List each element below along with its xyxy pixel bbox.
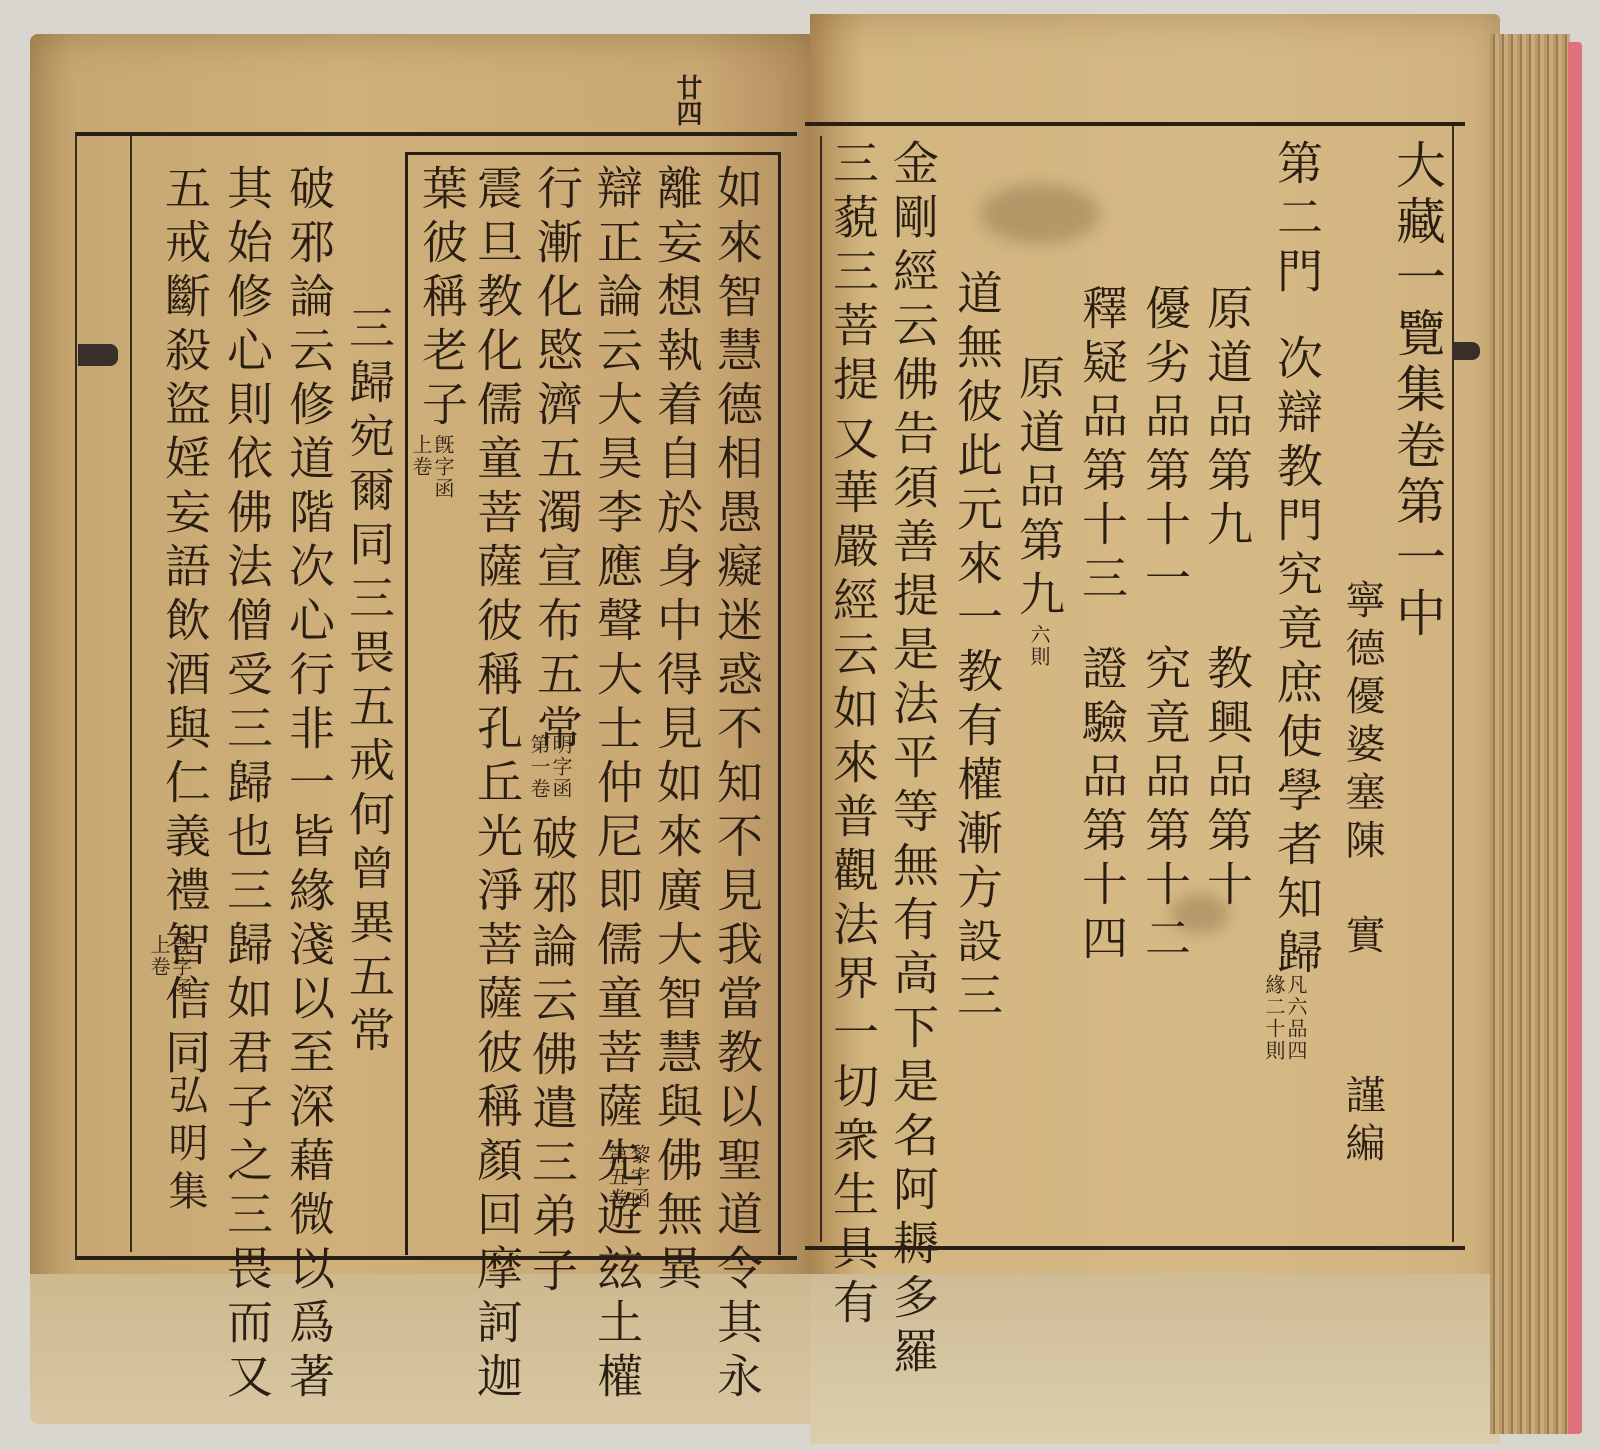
text-column: 行漸化愍濟五濁宣布五常	[530, 164, 584, 758]
annotation: 旣字函	[432, 434, 454, 500]
toc-entry: 優劣品第十一	[1138, 284, 1192, 608]
editor-given-name: 實	[1335, 914, 1389, 962]
right-left-rule	[820, 136, 822, 1242]
text-column: 如來智慧德相愚癡迷惑不知不見我當教以聖道令其永	[710, 164, 764, 1406]
text-column: 離妄想執着自於身中得見如來廣大智慧與佛無異	[650, 164, 704, 1298]
section-heading: 原道品第九	[1012, 354, 1066, 624]
toc-entry: 釋疑品第十三	[1075, 284, 1129, 608]
toc-entry: 教興品第十	[1200, 644, 1254, 914]
annotation: 旣字函	[170, 934, 192, 1000]
text-column: 辯正論云大昊李應聲大士仲尼即儒童菩薩先遊玆土權	[590, 164, 644, 1406]
annotation: 明字函	[550, 734, 572, 800]
toc-entry: 原道品第九	[1200, 284, 1254, 554]
chapter-heading: 第二門	[1270, 139, 1324, 301]
editor-name: 寧德優婆塞陳	[1335, 579, 1389, 867]
text-column: 金剛經云佛告須善提是法平等無有高下是名阿耨多羅	[886, 139, 940, 1381]
text-column: 葉彼稱老子	[415, 164, 469, 434]
chapter-description: 次辯教門究竟庶使學者知歸	[1270, 334, 1324, 982]
toc-entry: 證驗品第十四	[1075, 644, 1129, 968]
text-column: 三歸宛爾同三畏五戒何曾異五常	[342, 304, 396, 1060]
folio-number: 廿四	[670, 74, 706, 126]
annotation: 上卷	[148, 934, 170, 978]
right-inner-rule	[1452, 126, 1454, 1242]
source-citation: 弘明集	[158, 1074, 212, 1218]
text-column: 又華嚴經云如來普觀法界一切衆生具有	[826, 414, 880, 1332]
annotation: 上卷	[410, 434, 432, 478]
text-column: 破邪論云佛遣三弟子	[525, 814, 579, 1300]
annotation: 緣二十則	[1263, 974, 1285, 1062]
text-column: 震旦教化儒童菩薩彼稱孔丘光淨菩薩彼稱顏回摩訶迦	[470, 164, 524, 1406]
edited-by: 謹編	[1335, 1074, 1389, 1170]
text-column: 道無彼此元來一教有權漸方設三	[950, 269, 1004, 1025]
annotation: 六則	[1028, 624, 1050, 668]
left-inner-rule	[130, 136, 132, 1252]
annotation: 第一卷	[528, 734, 550, 800]
page-tab-mark	[1452, 342, 1480, 360]
open-book: 廿四 如來智慧德相愚癡迷惑不知不見我當教以聖道令其永 離妄想執着自於身中得見如來…	[20, 14, 1600, 1444]
book-title-column: 大藏一覽集卷第一中	[1390, 139, 1444, 643]
red-cover-edge	[1568, 42, 1582, 1434]
toc-entry: 究竟品第十二	[1138, 644, 1192, 968]
text-column: 破邪論云修道階次心行非一皆緣淺以至深藉微以爲著	[282, 164, 336, 1406]
page-stack-edge	[1490, 34, 1570, 1434]
annotation: 凡六品四	[1285, 974, 1307, 1062]
text-column: 其始修心則依佛法僧受三歸也三歸如君子之三畏而又	[220, 164, 274, 1406]
text-column: 三藐三菩提	[826, 139, 880, 409]
page-tab-mark	[78, 344, 118, 366]
